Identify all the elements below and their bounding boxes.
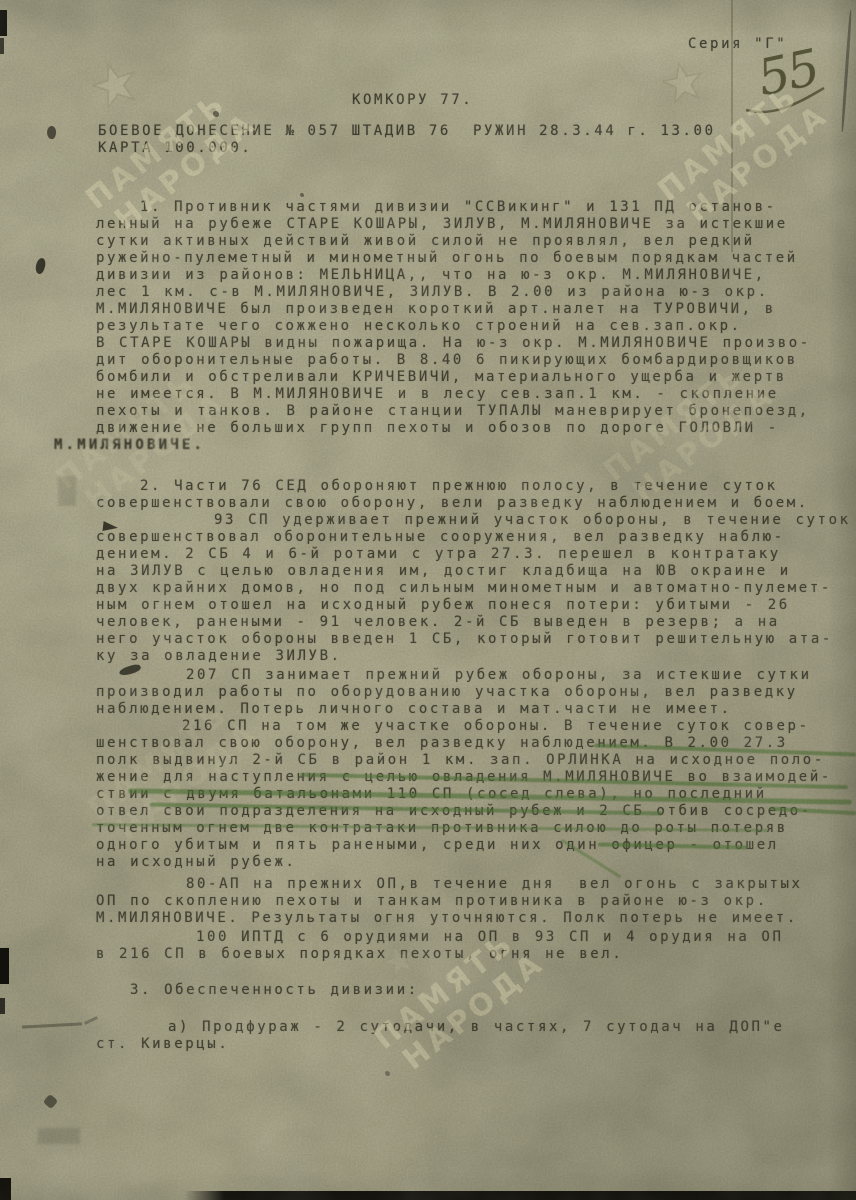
star-watermark-icon: [662, 62, 704, 104]
pencil-smudge: [58, 476, 76, 506]
scan-edge-artifact: [841, 10, 853, 132]
scan-edge-artifact: [0, 10, 7, 36]
para-1-enemy-situation: 1. Противник частями дивизии "ССВикинг" …: [96, 199, 856, 437]
para-1-last-line: М.МИЛЯНОВИЧЕ.: [54, 437, 829, 454]
scan-edge-artifact: [0, 998, 5, 1014]
map-scale-line: КАРТА 100.000.: [98, 140, 252, 156]
para-3-supply-header: 3. Обеспеченность дивизии:: [96, 982, 856, 999]
ink-speck: [300, 193, 304, 197]
para-100th-antitank-battalion: 100 ИПТД с 6 орудиями на ОП в 93 СП и 4 …: [96, 929, 856, 963]
handwriting-flourish: [744, 86, 828, 116]
para-3a-provisions: а) Продфураж - 2 сутодачи, в частях, 7 с…: [96, 1019, 856, 1053]
scan-edge-artifact: [0, 1178, 11, 1200]
scan-edge-artifact: [0, 948, 9, 984]
watermark-line2: НАРОДА: [397, 946, 552, 1077]
ink-speck: [213, 111, 219, 117]
scanned-combat-report-page: Серия "Г" 55 КОМКОРУ 77. БОЕВОЕ ДОНЕСЕНИ…: [0, 0, 856, 1200]
para-2-division-defense: 2. Части 76 СЕД обороняют прежнюю полосу…: [96, 478, 856, 512]
report-title-line: БОЕВОЕ ДОНЕСЕНИЕ № 057 ШТАДИВ 76 РУЖИН 2…: [98, 123, 716, 139]
pencil-squiggle: [22, 1022, 82, 1028]
star-watermark-icon: [92, 62, 138, 108]
ink-mark: [34, 257, 48, 275]
para-93rd-rifle-regiment: 93 СП удерживает прежний участок обороны…: [96, 512, 856, 665]
addressee-line: КОМКОРУ 77.: [352, 92, 473, 108]
paper-crease: [731, 0, 733, 252]
scan-bottom-edge: [184, 1191, 856, 1200]
scan-edge-artifact: [0, 38, 4, 54]
ink-mark: [43, 1094, 58, 1109]
pencil-smudge: [38, 1128, 80, 1144]
ink-speck: [385, 1071, 390, 1076]
ink-mark: [46, 125, 57, 139]
ink-arrow-mark: [102, 521, 118, 533]
para-80th-artillery-regiment: 80-АП на прежних ОП,в течение дня вел ог…: [96, 876, 856, 927]
para-207th-rifle-regiment: 207 СП занимает прежний рубеж обороны, з…: [96, 667, 856, 718]
